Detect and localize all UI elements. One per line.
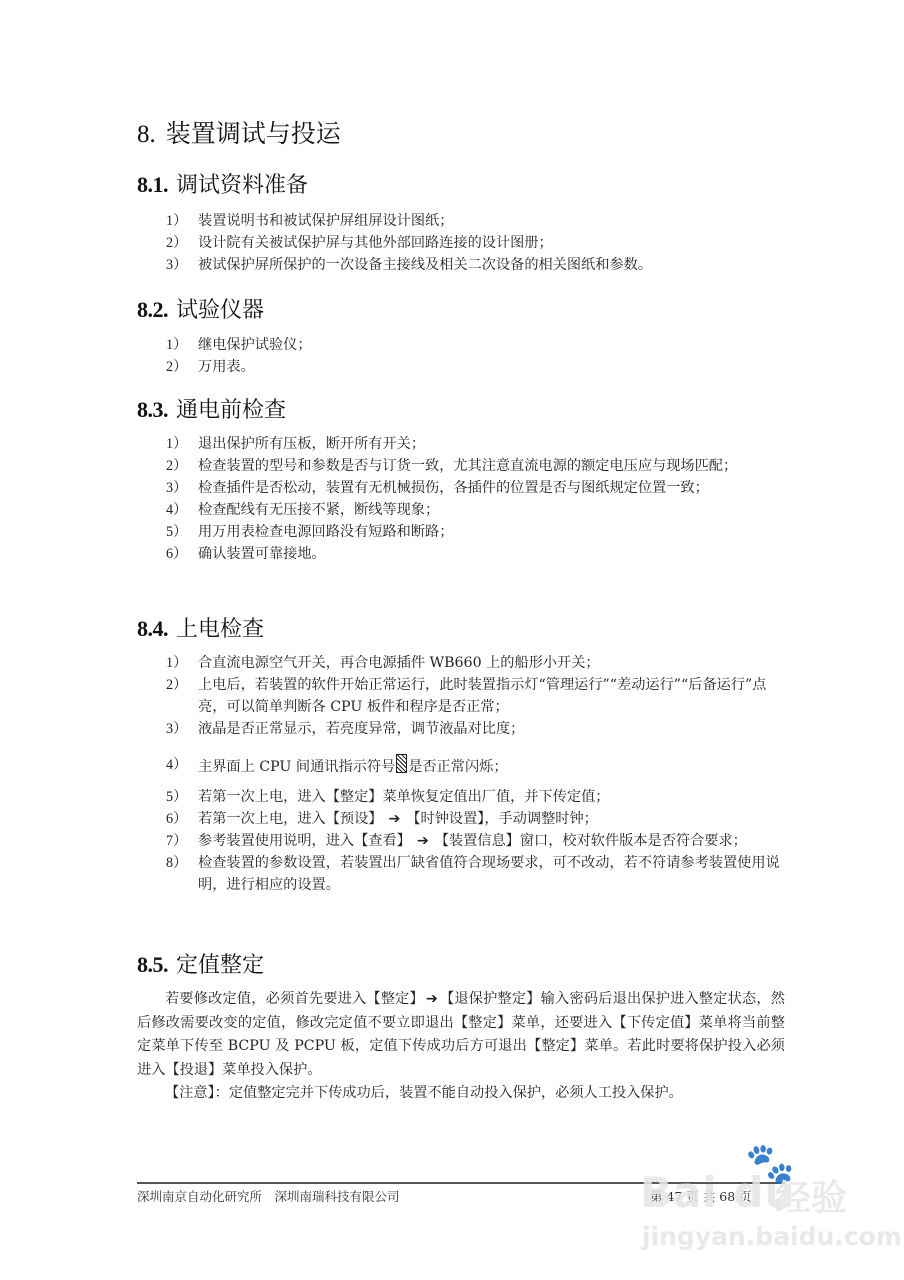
item-index: 6） [166, 543, 187, 565]
list-item: 6）确认装置可靠接地。 [166, 543, 786, 565]
paw-icon: 🐾 [745, 1140, 795, 1187]
chapter-number: 8. [137, 121, 156, 148]
watermark-url: jingyan.baidu.com [642, 1222, 902, 1251]
section-8-2-list: 1）继电保护试验仪； 2）万用表。 [166, 334, 786, 378]
section-heading-8-4: 8.4.上电检查 [137, 614, 264, 645]
item-index: 3） [166, 477, 187, 499]
item-index: 1） [166, 334, 187, 356]
cpu-comm-indicator-icon [396, 754, 407, 773]
section-title: 定值整定 [176, 953, 264, 978]
item-text: 设计院有关被试保护屏与其他外部回路连接的设计图册； [198, 235, 553, 251]
list-item: 3）检查插件是否松动，装置有无机械损伤，各插件的位置是否与图纸规定位置一致； [166, 477, 786, 499]
list-item: 2）万用表。 [166, 356, 786, 378]
item-index: 7） [166, 830, 187, 852]
item-index: 4） [166, 499, 187, 521]
list-item: 5）用万用表检查电源回路没有短路和断路； [166, 521, 786, 543]
item-index: 4） [166, 754, 187, 776]
item-index: 3） [166, 254, 187, 276]
section-number: 8.3. [137, 397, 168, 422]
list-item: 6）若第一次上电，进入【预设】➔【时钟设置】，手动调整时钟； [166, 808, 786, 830]
item-index: 5） [166, 521, 187, 543]
item-index: 6） [166, 808, 187, 830]
footer-divider [137, 1182, 785, 1184]
item-index: 2） [166, 356, 187, 378]
item-index: 1） [166, 210, 187, 232]
list-item: 2）上电后，若装置的软件开始正常运行，此时装置指示灯“管理运行”“差动运行”“后… [166, 674, 786, 718]
item-index: 5） [166, 786, 187, 808]
item-index: 2） [166, 455, 187, 477]
item-text: 检查配线有无压接不紧，断线等现象； [198, 502, 439, 518]
item-text: 液晶是否正常显示，若亮度异常，调节液晶对比度； [198, 721, 524, 737]
list-item: 4）主界面上 CPU 间通讯指示符号是否正常闪烁； [166, 754, 786, 778]
section-title: 调试资料准备 [176, 173, 308, 198]
list-item: 2）检查装置的型号和参数是否与订货一致，尤其注意直流电源的额定电压应与现场匹配； [166, 455, 786, 477]
item-text: 检查装置的型号和参数是否与订货一致，尤其注意直流电源的额定电压应与现场匹配； [198, 458, 737, 474]
watermark-product: 经验 [775, 1170, 847, 1221]
item-text: 若第一次上电，进入【整定】菜单恢复定值出厂值，并下传定值； [198, 789, 609, 805]
item-text: 继电保护试验仪； [198, 337, 312, 353]
item-text: 退出保护所有压板，断开所有开关； [198, 436, 425, 452]
item-index: 3） [166, 718, 187, 740]
section-title: 通电前检查 [176, 398, 286, 423]
item-index: 2） [166, 674, 187, 696]
paragraph: 若要修改定值，必须首先要进入【整定】➔【退保护整定】输入密码后退出保护进入整定状… [137, 988, 785, 1082]
item-index: 1） [166, 652, 187, 674]
item-text: 确认装置可靠接地。 [198, 546, 326, 562]
arrow-right-icon: ➔ [388, 811, 400, 827]
list-item: 1）装置说明书和被试保护屏组屏设计图纸； [166, 210, 786, 232]
list-item: 4）检查配线有无压接不紧，断线等现象； [166, 499, 786, 521]
item-text: 万用表。 [198, 359, 255, 375]
section-title: 试验仪器 [176, 298, 264, 323]
list-item: 3）液晶是否正常显示，若亮度异常，调节液晶对比度； [166, 718, 786, 740]
item-text: 检查插件是否松动，装置有无机械损伤，各插件的位置是否与图纸规定位置一致； [198, 480, 709, 496]
item-text: 被试保护屏所保护的一次设备主接线及相关二次设备的相关图纸和参数。 [198, 257, 652, 273]
footer-page-number: 第 47 页 共 68 页 [650, 1187, 752, 1205]
section-8-3-list: 1）退出保护所有压板，断开所有开关； 2）检查装置的型号和参数是否与订货一致，尤… [166, 433, 786, 565]
chapter-heading: 8.装置调试与投运 [137, 116, 341, 153]
document-page: 8.装置调试与投运 8.1.调试资料准备 1）装置说明书和被试保护屏组屏设计图纸… [0, 0, 904, 1280]
item-text: 上电后，若装置的软件开始正常运行，此时装置指示灯“管理运行”“差动运行”“后备运… [198, 677, 766, 715]
section-title: 上电检查 [176, 617, 264, 642]
section-number: 8.5. [137, 952, 168, 977]
list-item: 8）检查装置的参数设置，若装置出厂缺省值符合现场要求，可不改动，若不符请参考装置… [166, 852, 786, 896]
arrow-right-icon: ➔ [417, 833, 429, 849]
item-text: 【时钟设置】，手动调整时钟； [406, 811, 598, 827]
item-index: 2） [166, 232, 187, 254]
item-index: 8） [166, 852, 187, 874]
item-text: 合直流电源空气开关，再合电源插件 WB660 上的船形小开关； [198, 655, 600, 671]
item-text: 【装置信息】窗口，校对软件版本是否符合要求； [435, 833, 747, 849]
list-item: 1）退出保护所有压板，断开所有开关； [166, 433, 786, 455]
item-text: 用万用表检查电源回路没有短路和断路； [198, 524, 453, 540]
section-heading-8-5: 8.5.定值整定 [137, 950, 264, 981]
footer-organization: 深圳南京自动化研究所 深圳南瑞科技有限公司 [137, 1187, 400, 1205]
section-heading-8-3: 8.3.通电前检查 [137, 395, 286, 426]
list-item: 1）继电保护试验仪； [166, 334, 786, 356]
list-item: 3）被试保护屏所保护的一次设备主接线及相关二次设备的相关图纸和参数。 [166, 254, 786, 276]
section-number: 8.4. [137, 616, 168, 641]
item-text: 参考装置使用说明，进入【查看】 [198, 833, 411, 849]
item-text: 是否正常闪烁； [408, 759, 507, 775]
list-item: 2）设计院有关被试保护屏与其他外部回路连接的设计图册； [166, 232, 786, 254]
arrow-right-icon: ➔ [426, 991, 438, 1007]
paragraph-text: 若要修改定值，必须首先要进入【整定】 [165, 991, 424, 1007]
item-text: 主界面上 CPU 间通讯指示符号 [198, 759, 395, 775]
section-heading-8-1: 8.1.调试资料准备 [137, 170, 308, 201]
item-text: 装置说明书和被试保护屏组屏设计图纸； [198, 213, 453, 229]
list-item: 1）合直流电源空气开关，再合电源插件 WB660 上的船形小开关； [166, 652, 786, 674]
chapter-title: 装置调试与投运 [166, 119, 341, 148]
section-number: 8.1. [137, 172, 168, 197]
note-paragraph: 【注意】：定值整定完并下传成功后，装置不能自动投入保护，必须人工投入保护。 [137, 1082, 785, 1106]
section-8-1-list: 1）装置说明书和被试保护屏组屏设计图纸； 2）设计院有关被试保护屏与其他外部回路… [166, 210, 786, 276]
list-item: 5）若第一次上电，进入【整定】菜单恢复定值出厂值，并下传定值； [166, 786, 786, 808]
section-8-5-body: 若要修改定值，必须首先要进入【整定】➔【退保护整定】输入密码后退出保护进入整定状… [137, 988, 785, 1106]
list-item: 7）参考装置使用说明，进入【查看】➔【装置信息】窗口，校对软件版本是否符合要求； [166, 830, 786, 852]
section-number: 8.2. [137, 297, 168, 322]
item-text: 检查装置的参数设置，若装置出厂缺省值符合现场要求，可不改动，若不符请参考装置使用… [198, 855, 780, 893]
section-heading-8-2: 8.2.试验仪器 [137, 295, 264, 326]
item-index: 1） [166, 433, 187, 455]
item-text: 若第一次上电，进入【预设】 [198, 811, 382, 827]
section-8-4-list: 1）合直流电源空气开关，再合电源插件 WB660 上的船形小开关； 2）上电后，… [166, 652, 786, 896]
